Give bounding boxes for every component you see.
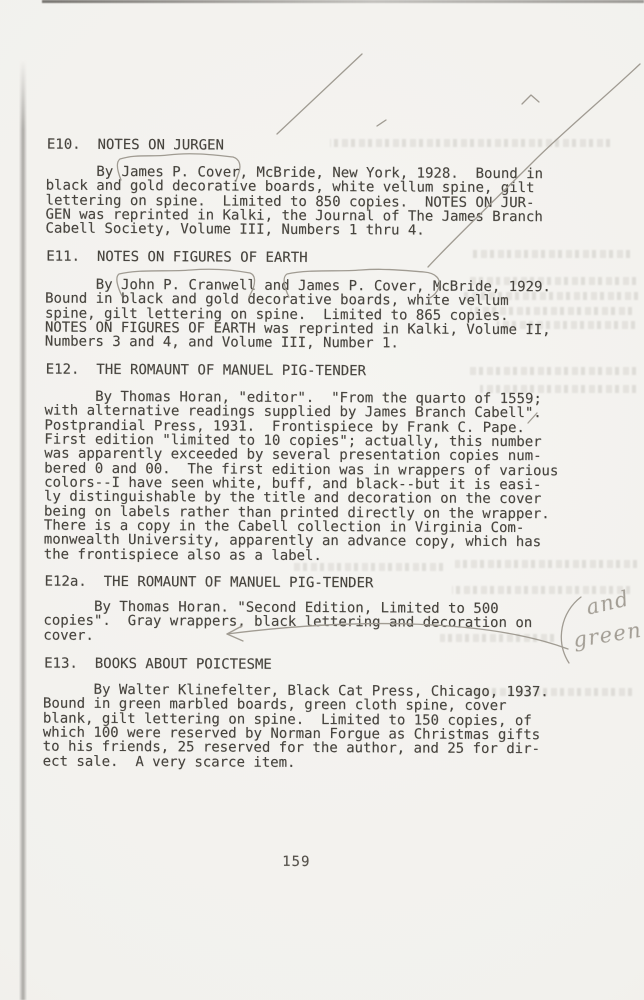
entry-body-e10: By James P. Cover, McBride, New York, 19…: [45, 165, 543, 239]
entry-body-e12: By Thomas Horan, "editor". "From the qua…: [44, 390, 559, 565]
entry-heading-e10: E10.NOTES ON JURGEN: [47, 138, 224, 153]
entry-id: E13.: [44, 656, 78, 672]
entry-body-e11: By John P. Cranwell and James P. Cover, …: [45, 278, 551, 352]
entry-heading-e12a: E12a.THE ROMAUNT OF MANUEL PIG-TENDER: [45, 575, 374, 591]
entry-title: NOTES ON JURGEN: [81, 137, 224, 154]
entry-title: BOOKS ABOUT POICTESME: [78, 656, 272, 673]
typewritten-text-layer: E10.NOTES ON JURGEN By James P. Cover, M…: [0, 0, 644, 1000]
scanned-document-page: E10.NOTES ON JURGEN By James P. Cover, M…: [0, 0, 644, 1000]
entry-heading-e13: E13.BOOKS ABOUT POICTESME: [44, 657, 272, 673]
entry-heading-e11: E11.NOTES ON FIGURES OF EARTH: [46, 250, 307, 266]
entry-heading-e12: E12.THE ROMAUNT OF MANUEL PIG-TENDER: [46, 363, 366, 379]
entry-title: THE ROMAUNT OF MANUEL PIG-TENDER: [87, 574, 374, 592]
entry-body-e12a: By Thomas Horan. "Second Edition, Limite…: [43, 600, 532, 646]
entry-id: E12a.: [45, 574, 87, 590]
entry-id: E10.: [47, 137, 81, 153]
entry-title: NOTES ON FIGURES OF EARTH: [80, 249, 308, 266]
entry-body-e13: By Walter Klinefelter, Black Cat Press, …: [43, 683, 549, 772]
entry-title: THE ROMAUNT OF MANUEL PIG-TENDER: [79, 362, 366, 380]
page-number: 159: [282, 854, 310, 870]
entry-id: E12.: [46, 362, 80, 378]
entry-id: E11.: [46, 249, 80, 265]
